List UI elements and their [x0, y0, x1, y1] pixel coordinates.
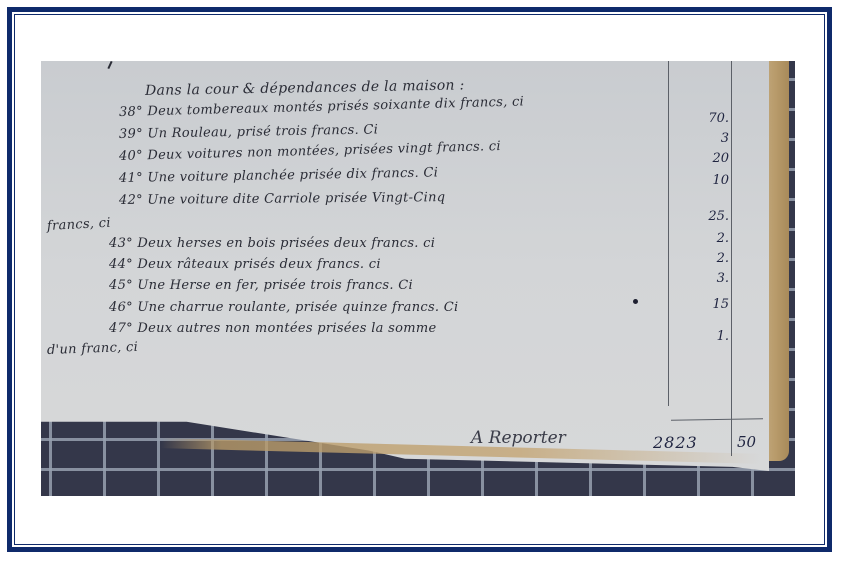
entry-amount: 20 [689, 151, 729, 166]
carried-forward-cents: 50 [737, 433, 756, 451]
entry-amount: 3 [689, 131, 729, 146]
entry-number: 46° [109, 300, 133, 315]
entry-amount: 25. [689, 209, 729, 224]
entry-amount: 10 [689, 173, 729, 188]
entry-45: 45° Une Herse en fer, prisée trois franc… [109, 278, 413, 293]
entry-amount: 2. [689, 231, 729, 246]
entry-text: Une voiture dite Carriole prisée Vingt-C… [147, 190, 445, 208]
entry-text: Deux autres non montées prisées la somme [137, 321, 436, 336]
ink-dot [633, 299, 638, 304]
ledger-ruling-line-right [731, 61, 732, 456]
entry-number: 43° [109, 236, 133, 251]
entry-number: 42° [119, 193, 143, 208]
ledger-ruling-line-left [668, 61, 669, 406]
entry-44: 44° Deux râteaux prisés deux francs. ci [109, 257, 381, 272]
entry-number: 40° [119, 148, 143, 164]
entry-text: Une charrue roulante, prisée quinze fran… [137, 300, 458, 315]
entry-number: 47° [109, 321, 133, 336]
entry-43: 43° Deux herses en bois prisées deux fra… [109, 236, 435, 251]
entry-42: 42° Une voiture dite Carriole prisée Vin… [119, 190, 445, 208]
entry-number: 45° [109, 278, 133, 293]
entry-amount: 15 [689, 297, 729, 312]
entry-number: 44° [109, 257, 133, 272]
entry-number: 41° [119, 171, 143, 186]
entry-47-continuation: d'un franc, ci [47, 340, 139, 358]
a-reporter-label: A Reporter [471, 428, 566, 448]
entry-text: Deux râteaux prisés deux francs. ci [137, 257, 380, 272]
entry-amount: 1. [689, 329, 729, 344]
entry-number: 39° [119, 127, 143, 142]
entry-46: 46° Une charrue roulante, prisée quinze … [109, 300, 459, 315]
entry-47: 47° Deux autres non montées prisées la s… [109, 321, 437, 336]
document-photo: Dans la cour & dépendances de la maison … [41, 61, 795, 496]
carried-forward-total: 2823 [653, 433, 698, 452]
entry-text: Deux herses en bois prisées deux francs.… [137, 236, 435, 251]
entry-amount: 70. [689, 111, 729, 126]
entry-amount: 2. [689, 251, 729, 266]
entry-amount: 3. [689, 271, 729, 286]
entry-number: 38° [119, 104, 143, 120]
entry-text: Une Herse en fer, prisée trois francs. C… [137, 278, 413, 293]
